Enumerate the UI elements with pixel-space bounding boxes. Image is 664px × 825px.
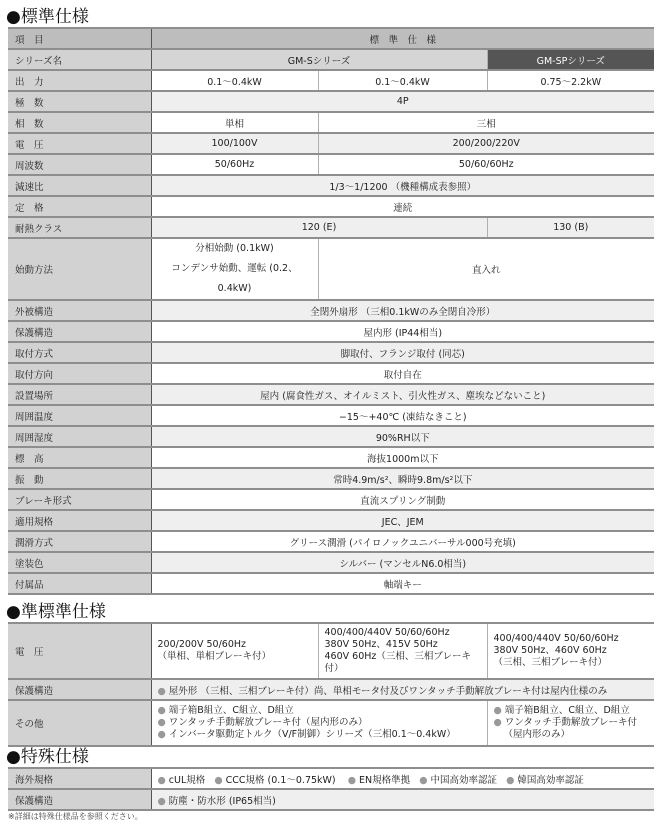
starting-capacitor: コンデンサ始動、運転 (0.2、0.4kW) (158, 259, 312, 299)
row-label: 周波数 (8, 154, 151, 175)
table-row: 取付方式 脚取付、フランジ取付 (同芯) (8, 342, 654, 363)
table-row: 周囲温度 −15～+40℃ (凍結なきこと) (8, 405, 654, 426)
cell-line: 400/400/440V 50/60/60Hz (325, 627, 481, 639)
row-label: 保護構造 (8, 321, 151, 342)
cert-item: CCC規格 (0.1～0.75kW) (226, 775, 336, 786)
bullet-icon: ● (158, 686, 166, 697)
table-row: 出 力 0.1～0.4kW 0.1～0.4kW 0.75～2.2kW (8, 70, 654, 91)
row-label: 付属品 (8, 573, 151, 594)
cell-value: 0.1～0.4kW (318, 70, 487, 91)
cell-value: 海抜1000m以下 (151, 447, 654, 468)
cell-value: 取付自在 (151, 363, 654, 384)
row-label: 潤滑方式 (8, 531, 151, 552)
cert-item: 中国高効率認証 (431, 775, 498, 786)
table-row: シリーズ名 GM-Sシリーズ GM-SPシリーズ (8, 49, 654, 70)
table-row: 塗装色 シルバー (マンセルN6.0相当) (8, 552, 654, 573)
cell-line: 460V 60Hz（三相、三相ブレーキ付） (325, 651, 481, 675)
bullet-icon: ● (419, 775, 427, 786)
table-row: 保護構造 屋内形 (IP44相当) (8, 321, 654, 342)
cell-value: 120 (E) (151, 217, 487, 238)
starting-split-phase: 分相始動 (0.1kW) (158, 239, 312, 259)
table-row: ブレーキ形式 直流スプリング制動 (8, 489, 654, 510)
cell-value: 三相 (318, 112, 654, 133)
row-label: 出 力 (8, 70, 151, 91)
section-title-standard: ●標準仕様 (6, 2, 89, 27)
table-row: 付属品 軸端キー (8, 573, 654, 594)
cell-value: 1/3～1/1200 （機種構成表参照） (151, 175, 654, 196)
cell-line: （三相、三相ブレーキ付） (494, 657, 649, 669)
bullet-icon: ● (214, 775, 222, 786)
table-row: 項 目 標 準 仕 様 (8, 28, 654, 49)
table-row: 電 圧 200/200V 50/60Hz （単相、単相ブレーキ付） 400/40… (8, 623, 654, 679)
row-label: 周囲湿度 (8, 426, 151, 447)
table-row: 電 圧 100/100V 200/200/220V (8, 133, 654, 154)
cell-text: 屋外形 （三相、三相ブレーキ付）尚、単相モータ付及びワンタッチ手動解放ブレーキ付… (169, 686, 608, 697)
cell-value: 90%RH以下 (151, 426, 654, 447)
bullet-icon: ● (494, 705, 502, 716)
row-label: 保護構造 (8, 679, 151, 700)
section-title-special: ●特殊仕様 (6, 742, 89, 767)
cell-line: （単相、単相ブレーキ付） (158, 651, 312, 663)
bullet-icon: ● (158, 705, 166, 716)
cell-value: 全閉外扇形 （三相0.1kWのみ全閉自冷形） (151, 300, 654, 321)
cell-value: 130 (B) (487, 217, 654, 238)
cell-value: 連続 (151, 196, 654, 217)
row-label: 外被構造 (8, 300, 151, 321)
row-label: 耐熱クラス (8, 217, 151, 238)
row-label: シリーズ名 (8, 49, 151, 70)
table-row: 保護構造 ●屋外形 （三相、三相ブレーキ付）尚、単相モータ付及びワンタッチ手動解… (8, 679, 654, 700)
table-row: 周囲湿度 90%RH以下 (8, 426, 654, 447)
cell-value: 0.1～0.4kW (151, 70, 318, 91)
table-row: 海外規格 ●cUL規格 ●CCC規格 (0.1～0.75kW) ●EN規格準拠 … (8, 768, 654, 789)
cell-line: 200/200V 50/60Hz (158, 639, 312, 651)
table-row: その他 ●端子箱B組立、C組立、D組立 ●ワンタッチ手動解放ブレーキ付（屋内形の… (8, 700, 654, 746)
table-row: 始動方法 分相始動 (0.1kW) コンデンサ始動、運転 (0.2、0.4kW)… (8, 238, 654, 300)
row-label: 始動方法 (8, 238, 151, 300)
cell-value: ●cUL規格 ●CCC規格 (0.1～0.75kW) ●EN規格準拠 ●中国高効… (151, 768, 654, 789)
bullet-icon: ● (506, 775, 514, 786)
cell-value: 直流スプリング制動 (151, 489, 654, 510)
cell-value: 4P (151, 91, 654, 112)
bullet-icon: ● (158, 775, 166, 786)
cell-value: 50/60Hz (151, 154, 318, 175)
footnote: ※詳細は特殊仕様品を参照ください。 (8, 811, 143, 822)
cell-value: 200/200V 50/60Hz （単相、単相ブレーキ付） (151, 623, 318, 679)
cell-value: 軸端キー (151, 573, 654, 594)
table-row: 保護構造 ●防塵・防水形 (IP65相当) (8, 789, 654, 810)
row-label: 適用規格 (8, 510, 151, 531)
table-row: 振 動 常時4.9m/s²、瞬時9.8m/s²以下 (8, 468, 654, 489)
table-row: 設置場所 屋内 (腐食性ガス、オイルミスト、引火性ガス、塵埃などないこと) (8, 384, 654, 405)
standard-spec-table: 項 目 標 準 仕 様 シリーズ名 GM-Sシリーズ GM-SPシリーズ 出 力… (8, 27, 654, 595)
row-label: 相 数 (8, 112, 151, 133)
header-label: 項 目 (8, 28, 151, 49)
cell-line: ワンタッチ手動解放ブレーキ付（屋内形のみ） (169, 717, 368, 728)
row-label: 電 圧 (8, 623, 151, 679)
cell-value: 50/60/60Hz (318, 154, 654, 175)
table-row: 減速比 1/3～1/1200 （機種構成表参照） (8, 175, 654, 196)
cell-value: JEC、JEM (151, 510, 654, 531)
cell-line: （屋内形のみ） (504, 729, 571, 740)
table-row: 相 数 単相 三相 (8, 112, 654, 133)
cell-line: インバータ駆動定トルク（V/F制御）シリーズ（三相0.1～0.4kW） (169, 729, 456, 740)
cell-value: 分相始動 (0.1kW) コンデンサ始動、運転 (0.2、0.4kW) (151, 238, 318, 300)
cell-value: ●防塵・防水形 (IP65相当) (151, 789, 654, 810)
row-label: その他 (8, 700, 151, 746)
row-label: 標 高 (8, 447, 151, 468)
section-title-semi-standard: ●準標準仕様 (6, 597, 106, 622)
series-gm-s: GM-Sシリーズ (151, 49, 487, 70)
bullet-icon: ● (158, 796, 166, 807)
table-row: 極 数 4P (8, 91, 654, 112)
bullet-icon: ● (158, 717, 166, 728)
cell-line: 380V 50Hz、460V 60Hz (494, 645, 649, 657)
row-label: 定 格 (8, 196, 151, 217)
row-label: 設置場所 (8, 384, 151, 405)
bullet-icon: ● (494, 717, 502, 728)
row-label: 保護構造 (8, 789, 151, 810)
cert-item: EN規格準拠 (359, 775, 410, 786)
cell-value: 単相 (151, 112, 318, 133)
table-row: 取付方向 取付自在 (8, 363, 654, 384)
table-row: 潤滑方式 グリース潤滑 (パイロノックユニバーサル000号充填) (8, 531, 654, 552)
row-label: 極 数 (8, 91, 151, 112)
cell-line: ワンタッチ手動解放ブレーキ付 (505, 717, 637, 728)
row-label: 電 圧 (8, 133, 151, 154)
row-label: 取付方向 (8, 363, 151, 384)
row-label: 塗装色 (8, 552, 151, 573)
table-row: 定 格 連続 (8, 196, 654, 217)
header-value: 標 準 仕 様 (151, 28, 654, 49)
cell-line: 端子箱B組立、C組立、D組立 (169, 705, 294, 716)
special-spec-table: 海外規格 ●cUL規格 ●CCC規格 (0.1～0.75kW) ●EN規格準拠 … (8, 767, 654, 811)
row-label: ブレーキ形式 (8, 489, 151, 510)
cell-value: 400/400/440V 50/60/60Hz 380V 50Hz、415V 5… (318, 623, 487, 679)
cell-value: 100/100V (151, 133, 318, 154)
cell-value: グリース潤滑 (パイロノックユニバーサル000号充填) (151, 531, 654, 552)
cell-value: 200/200/220V (318, 133, 654, 154)
cell-value: ●端子箱B組立、C組立、D組立 ●ワンタッチ手動解放ブレーキ付 （屋内形のみ） (487, 700, 654, 746)
cell-value: 屋内形 (IP44相当) (151, 321, 654, 342)
cell-line: 端子箱B組立、C組立、D組立 (505, 705, 630, 716)
table-row: 適用規格 JEC、JEM (8, 510, 654, 531)
cell-value: ●屋外形 （三相、三相ブレーキ付）尚、単相モータ付及びワンタッチ手動解放ブレーキ… (151, 679, 654, 700)
cell-value: ●端子箱B組立、C組立、D組立 ●ワンタッチ手動解放ブレーキ付（屋内形のみ） ●… (151, 700, 487, 746)
cell-value: シルバー (マンセルN6.0相当) (151, 552, 654, 573)
bullet-icon: ● (348, 775, 356, 786)
cert-item: cUL規格 (169, 775, 205, 786)
row-label: 減速比 (8, 175, 151, 196)
semi-standard-spec-table: 電 圧 200/200V 50/60Hz （単相、単相ブレーキ付） 400/40… (8, 622, 654, 747)
cell-value: −15～+40℃ (凍結なきこと) (151, 405, 654, 426)
bullet-icon: ● (158, 729, 166, 740)
row-label: 海外規格 (8, 768, 151, 789)
table-row: 耐熱クラス 120 (E) 130 (B) (8, 217, 654, 238)
cell-value: 400/400/440V 50/60/60Hz 380V 50Hz、460V 6… (487, 623, 654, 679)
table-row: 周波数 50/60Hz 50/60/60Hz (8, 154, 654, 175)
table-row: 外被構造 全閉外扇形 （三相0.1kWのみ全閉自冷形） (8, 300, 654, 321)
cert-item: 韓国高効率認証 (517, 775, 584, 786)
cell-value: 脚取付、フランジ取付 (同芯) (151, 342, 654, 363)
cell-value: 常時4.9m/s²、瞬時9.8m/s²以下 (151, 468, 654, 489)
row-label: 振 動 (8, 468, 151, 489)
cell-value: 直入れ (318, 238, 654, 300)
row-label: 取付方式 (8, 342, 151, 363)
table-row: 標 高 海抜1000m以下 (8, 447, 654, 468)
cell-value: 0.75～2.2kW (487, 70, 654, 91)
cell-line: 380V 50Hz、415V 50Hz (325, 639, 481, 651)
series-gm-sp: GM-SPシリーズ (487, 49, 654, 70)
row-label: 周囲温度 (8, 405, 151, 426)
cell-text: 防塵・防水形 (IP65相当) (169, 796, 276, 807)
cell-value: 屋内 (腐食性ガス、オイルミスト、引火性ガス、塵埃などないこと) (151, 384, 654, 405)
cell-line: 400/400/440V 50/60/60Hz (494, 633, 649, 645)
